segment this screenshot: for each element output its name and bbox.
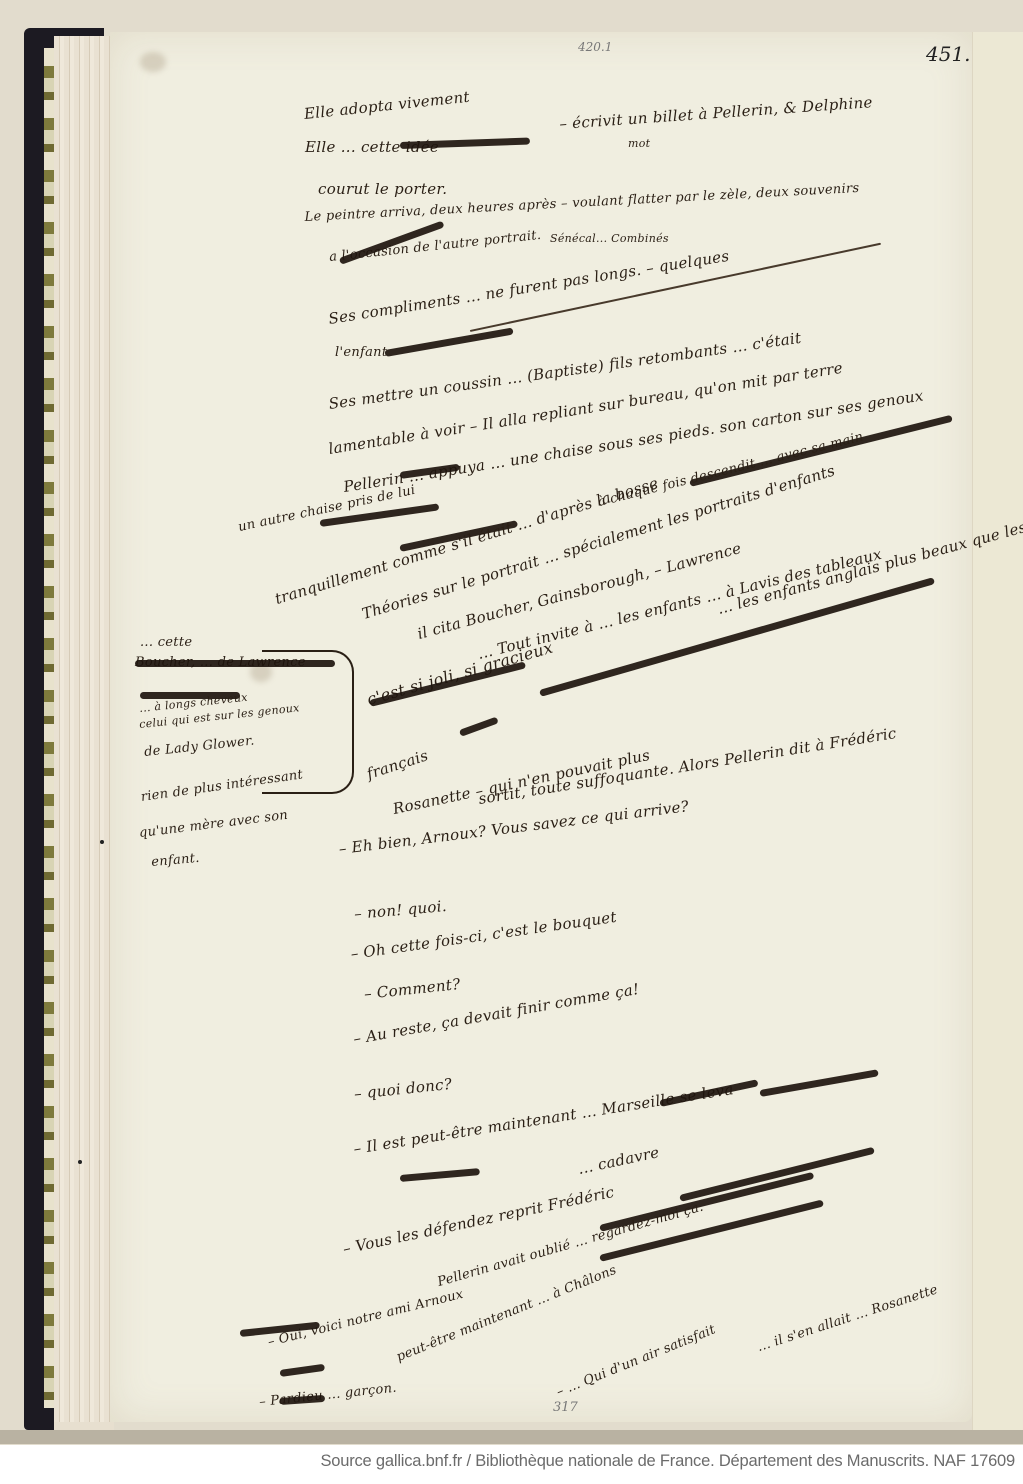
interlinear-word: Sénécal... Combinés — [550, 232, 669, 245]
strikethrough — [135, 660, 335, 667]
margin-note-line: ... cette — [140, 635, 192, 650]
source-credit: Source gallica.bnf.fr / Bibliothèque nat… — [320, 1452, 1015, 1471]
manuscript-line: courut le porter. — [318, 180, 447, 198]
marbled-endpaper — [44, 48, 54, 1408]
manuscript-line: l'enfant — [335, 345, 387, 360]
page-stack — [54, 36, 114, 1430]
pencil-folio-number: 420.1 — [578, 40, 612, 54]
interlinear-word: mot — [628, 137, 650, 150]
bottom-folio-number: 317 — [553, 1400, 578, 1415]
ink-stain — [140, 52, 166, 72]
facing-page-edge — [972, 32, 1023, 1432]
ink-speck — [100, 840, 104, 844]
folio-number: 451. — [926, 42, 971, 66]
ink-speck — [78, 1160, 82, 1164]
scan-bottom-band — [0, 1430, 1023, 1444]
